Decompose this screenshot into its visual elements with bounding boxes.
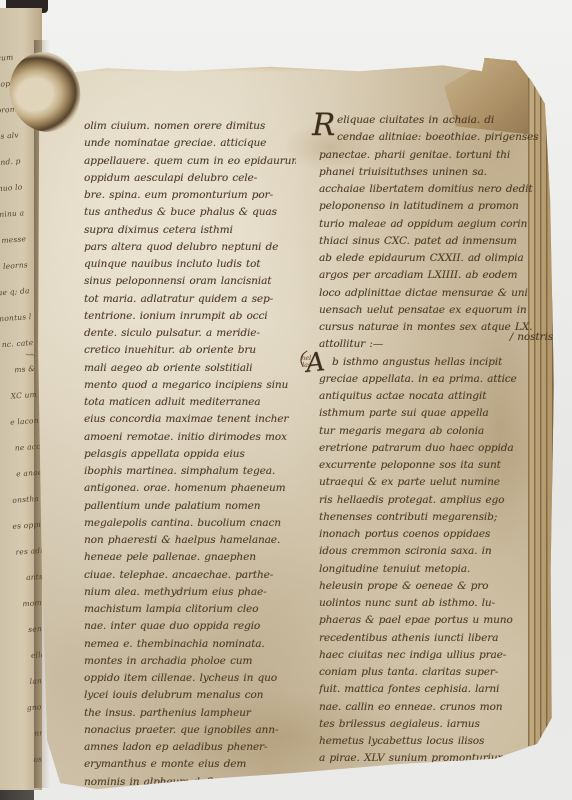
manuscript-text-line: ciuae. telephae. ancaechae. parthe- <box>84 567 296 584</box>
manuscript-text-line: unde nominatae greciae. atticique <box>84 135 296 152</box>
manuscript-text-line: turio maleae ad oppidum aegium corin <box>319 216 559 233</box>
manuscript-text-line: haec ciuitas nec indiga ullius prae- <box>319 647 559 664</box>
manuscript-text-line: amnes ladon ep aeladibus phener- <box>84 739 296 756</box>
manuscript-text-line: phaeras & pael epae portus u muno <box>319 612 559 629</box>
manuscript-text-line: acchaiae libertatem domitius nero dedit <box>319 181 559 198</box>
manuscript-text-line: hemetus lycabettus locus ilisos <box>319 733 559 750</box>
manuscript-text-line: clopiseus promonturium pole poste ne- <box>319 768 559 785</box>
manuscript-text-line: heleusin prope & oeneae & pro <box>319 578 559 595</box>
manuscript-text-line: tot maria. adlatratur quidem a sep- <box>84 291 296 308</box>
manuscript-page: olim ciuium. nomen orere dimitusunde nom… <box>34 52 558 792</box>
manuscript-text-line: a pirae. XLV sunium promonturium <box>319 750 559 767</box>
manuscript-text-line: amoeni remotae. initio dirimodes mox <box>84 429 296 446</box>
manuscript-text-line: nominis in alpheum defluens:~ <box>84 774 296 791</box>
manuscript-text-line: b isthmo angustus hellas incipit <box>319 354 559 371</box>
manuscript-text-line: montes in archadia pholoe cum <box>84 653 296 670</box>
manuscript-text-line: the insus. parthenius lampheur <box>84 705 296 722</box>
manuscript-text-line: tus anthedus & buce phalus & quas <box>84 204 296 221</box>
manuscript-text-line: machistum lampia clitorium cleo <box>84 601 296 618</box>
manuscript-text-line: ab elede epidaurum CXXII. ad olimpia <box>319 250 559 267</box>
manuscript-text-line: lycei iouis delubrum menalus con <box>84 687 296 704</box>
manuscript-text-line: pallentium unde palatium nomen <box>84 498 296 515</box>
manuscript-text-line: thiaci sinus CXC. patet ad inmensum <box>319 233 559 250</box>
manuscript-text-line: ibophis martinea. simphalum tegea. <box>84 463 296 480</box>
manuscript-text-line: pars altera quod delubro neptuni de <box>84 239 296 256</box>
decorated-initial-A: A <box>304 347 326 379</box>
manuscript-text-line: eliquae ciuitates in achaia. di <box>319 112 559 129</box>
manuscript-text-line: recedentibus athenis iuncti libera <box>319 630 559 647</box>
manuscript-text-line: nae. callin eo enneae. crunos mon <box>319 699 559 716</box>
manuscript-text-line: sinus peloponnensi oram lancisniat <box>84 273 296 290</box>
manuscript-text-line: uensach uelut pensatae ex equorum in <box>319 302 559 319</box>
manuscript-text-line: mali aegeo ab oriente solstitiali <box>84 360 296 377</box>
manuscript-text-line: cendae alitniae: boeothiae. pirigenses <box>319 129 559 146</box>
manuscript-text-line: uolintos nunc sunt ab isthmo. lu- <box>319 595 559 612</box>
manuscript-text-line: non phaeresti & haelpus hamelanae. <box>84 532 296 549</box>
manuscript-text-line: quinque nauibus incluto ludis tot <box>84 256 296 273</box>
manuscript-text-line: oppidum aesculapi delubro cele- <box>84 170 296 187</box>
manuscript-text-line: idous cremmon scironia saxa. in <box>319 543 559 560</box>
manuscript-text-line: panectae. pharii genitae. tortuni thi <box>319 147 559 164</box>
manuscript-text-line: pelasgis appellata oppida eius <box>84 446 296 463</box>
manuscript-text-line: argos per arcadiam LXIIII. ab eodem <box>319 267 559 284</box>
manuscript-text-line: antiquitus actae nocata attingit <box>319 388 559 405</box>
manuscript-text-line: eius concordia maximae tenent incher <box>84 411 296 428</box>
left-text-column: olim ciuium. nomen orere dimitusunde nom… <box>84 118 296 791</box>
manuscript-text-line: supra diximus cetera isthmi <box>84 222 296 239</box>
manuscript-text-line: ris hellaedis protegat. amplius ego <box>319 492 559 509</box>
manuscript-text-line: utraequi & ex parte uelut numine <box>319 474 559 491</box>
right-text-column: R eliquae ciuitates in achaia. dicendae … <box>319 112 559 785</box>
manuscript-text-line: erymanthus e monte eius dem <box>84 756 296 773</box>
manuscript-text-line: tes brilessus aegialeus. iarnus <box>319 716 559 733</box>
manuscript-text-line: megalepolis cantina. bucolium cnacn <box>84 515 296 532</box>
manuscript-text-line: greciae appellata. in ea prima. attice <box>319 371 559 388</box>
manuscript-text-line: nonacius praeter. que ignobiles ann- <box>84 722 296 739</box>
manuscript-text-line: inonach portus coenos oppidaes <box>319 526 559 543</box>
manuscript-text-line: oppido item cillenae. lycheus in quo <box>84 670 296 687</box>
manuscript-text-line: nemea e. thembinachia nominata. <box>84 636 296 653</box>
manuscript-text-line: tentrione. ionium inrumpit ab occi <box>84 308 296 325</box>
manuscript-text-line: eretrione patrarum duo haec oppida <box>319 440 559 457</box>
right-column-paragraph-1: eliquae ciuitates in achaia. dicendae al… <box>319 112 559 354</box>
manuscript-text-line: thenenses contributi megarensib; <box>319 509 559 526</box>
manuscript-text-line: olim ciuium. nomen orere dimitus <box>84 118 296 135</box>
manuscript-text-line: heneae pele pallenae. gnaephen <box>84 549 296 566</box>
manuscript-text-line: nae. inter quae duo oppida regio <box>84 618 296 635</box>
manuscript-text-line: excurrente peloponne sos ita sunt <box>319 457 559 474</box>
manuscript-text-line: longitudine tenuiut metopia. <box>319 561 559 578</box>
manuscript-text-line: isthmum parte sui quae appella <box>319 405 559 422</box>
manuscript-text-line: nium alea. methydrium eius phae- <box>84 584 296 601</box>
manuscript-text-line: cretico inuehitur. ab oriente bru <box>84 342 296 359</box>
manuscript-text-line: phanei triuisituthses uninen sa. <box>319 164 559 181</box>
manuscript-text-line: loco adplinittae dictae mensurae & uni <box>319 285 559 302</box>
manuscript-text-line: antigonea. orae. homenum phaeneum <box>84 480 296 497</box>
decorated-initial-R: R <box>312 107 335 143</box>
right-column-paragraph-2: b isthmo angustus hellas incipitgreciae … <box>319 354 559 785</box>
manuscript-text-line: mento quod a megarico incipiens sinu <box>84 377 296 394</box>
manuscript-photo: mas cummaitu opphelos promsmeus alvecond… <box>0 0 572 800</box>
page-top-edge <box>34 52 558 72</box>
catchword-nostris: / nostris <box>510 331 553 343</box>
manuscript-text-line: peloponenso in latitudinem a promon <box>319 198 559 215</box>
manuscript-text-line: coniam plus tanta. claritas super- <box>319 664 559 681</box>
manuscript-text-line: bre. spina. eum promonturium por- <box>84 187 296 204</box>
manuscript-text-line: tota maticen adluit mediterranea <box>84 394 296 411</box>
manuscript-text-line: appellauere. quem cum in eo epidaurum <box>84 153 296 170</box>
manuscript-text-line: tur megaris megara ab colonia <box>319 423 559 440</box>
manuscript-text-line: dente. siculo pulsatur. a meridie- <box>84 325 296 342</box>
manuscript-text-line: fuit. mattica fontes cephisia. larni <box>319 681 559 698</box>
